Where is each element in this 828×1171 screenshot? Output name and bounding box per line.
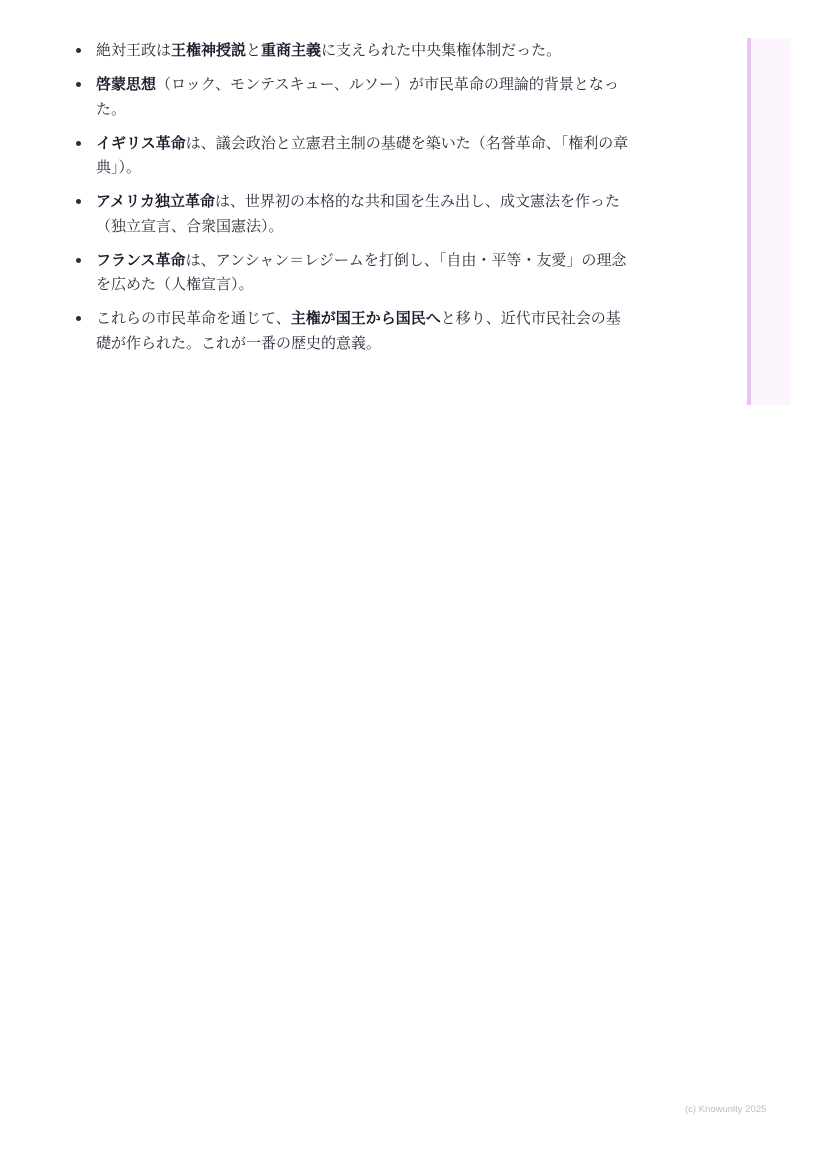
bullet-dot-icon: [76, 316, 81, 321]
bullet-item: これらの市民革命を通じて、主権が国王から国民へと移り、近代市民社会の基礎が作られ…: [72, 306, 632, 355]
bullet-dot-icon: [76, 82, 81, 87]
bullet-item: 絶対王政は王権神授説と重商主義に支えられた中央集権体制だった。: [72, 38, 632, 63]
copyright-footer: (c) Knowunity 2025: [685, 1104, 766, 1115]
bullet-dot-icon: [76, 48, 81, 53]
bullet-text: アメリカ独立革命は、世界初の本格的な共和国を生み出し、成文憲法を作った（独立宣言…: [96, 192, 620, 235]
bullet-dot-icon: [76, 199, 81, 204]
bullet-item: フランス革命は、アンシャン＝レジームを打倒し、「自由・平等・友愛」の理念を広めた…: [72, 248, 632, 297]
bullet-text: フランス革命は、アンシャン＝レジームを打倒し、「自由・平等・友愛」の理念を広めた…: [96, 251, 626, 294]
side-accent-box: [747, 38, 791, 405]
bullet-text: 啓蒙思想（ロック、モンテスキュー、ルソー）が市民革命の理論的背景となった。: [96, 75, 619, 118]
bullet-dot-icon: [76, 141, 81, 146]
summary-bullet-list: 絶対王政は王権神授説と重商主義に支えられた中央集権体制だった。 啓蒙思想（ロック…: [72, 38, 632, 365]
bullet-item: アメリカ独立革命は、世界初の本格的な共和国を生み出し、成文憲法を作った（独立宣言…: [72, 189, 632, 238]
bullet-text: 絶対王政は王権神授説と重商主義に支えられた中央集権体制だった。: [96, 41, 561, 59]
bullet-text: イギリス革命は、議会政治と立憲君主制の基礎を築いた（名誉革命、「権利の章典」）。: [96, 134, 628, 177]
bullet-item: 啓蒙思想（ロック、モンテスキュー、ルソー）が市民革命の理論的背景となった。: [72, 72, 632, 121]
bullet-dot-icon: [76, 258, 81, 263]
bullet-item: イギリス革命は、議会政治と立憲君主制の基礎を築いた（名誉革命、「権利の章典」）。: [72, 131, 632, 180]
bullet-text: これらの市民革命を通じて、主権が国王から国民へと移り、近代市民社会の基礎が作られ…: [96, 309, 621, 352]
